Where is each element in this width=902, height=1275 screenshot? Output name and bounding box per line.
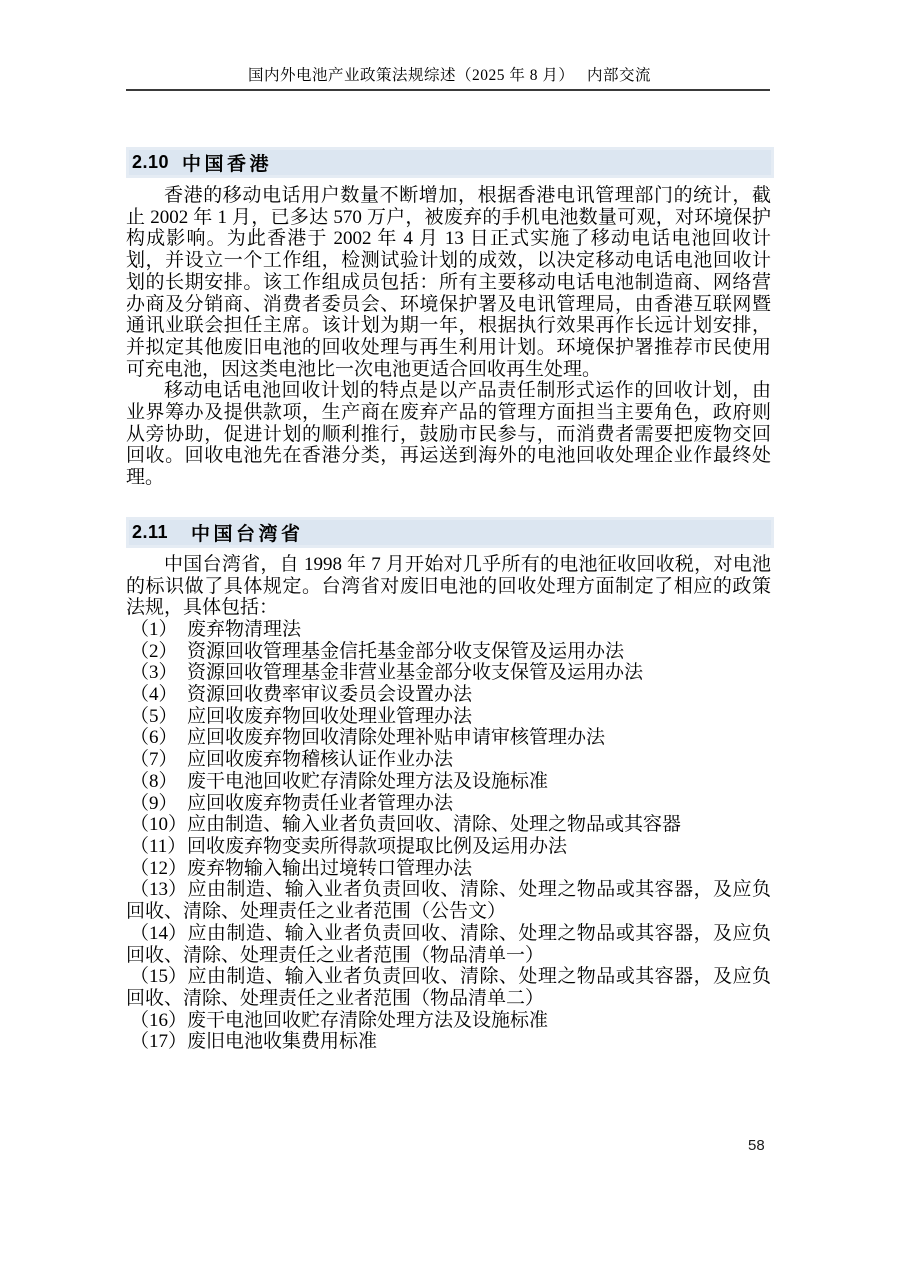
- list-item-marker: （1）: [130, 619, 187, 641]
- section-number: 2.11: [132, 522, 168, 543]
- list-item-marker: （12）: [130, 858, 187, 880]
- list-item: （16）废干电池回收贮存清除处理方法及设施标准: [126, 1010, 771, 1032]
- list-item: （4）资源回收费率审议委员会设置办法: [126, 684, 771, 706]
- section-heading-2-11: 2.11 中国台湾省: [126, 517, 774, 548]
- list-item: （11）回收废弃物变卖所得款项提取比例及运用办法: [126, 836, 771, 858]
- section-number: 2.10: [132, 152, 169, 173]
- list-item: （12）废弃物输入输出过境转口管理办法: [126, 858, 771, 880]
- list-item-marker: （6）: [130, 727, 187, 749]
- list-item-marker: （11）: [130, 836, 187, 858]
- list-item-text: 废干电池回收贮存清除处理方法及设施标准: [187, 771, 548, 792]
- list-item-marker: （5）: [130, 706, 187, 728]
- document-page: 国内外电池产业政策法规综述（2025 年 8 月） 内部交流 2.10 中国香港…: [0, 0, 902, 1275]
- list-item-text: 资源回收管理基金信托基金部分收支保管及运用办法: [187, 641, 624, 662]
- list-item: （17）废旧电池收集费用标准: [126, 1031, 771, 1053]
- section-title: 中国香港: [182, 149, 272, 176]
- list-item-text: 应由制造、输入业者负责回收、清除、处理之物品或其容器: [187, 814, 681, 835]
- section-heading-2-10: 2.10 中国香港: [126, 147, 774, 178]
- list-item-text: 资源回收费率审议委员会设置办法: [187, 684, 472, 705]
- list-item-marker: （4）: [130, 684, 187, 706]
- list-item-marker: （13）: [130, 879, 187, 901]
- list-item-marker: （3）: [130, 662, 187, 684]
- list-item: （14）应由制造、输入业者负责回收、清除、处理之物品或其容器，及应负回收、清除、…: [126, 923, 771, 966]
- list-item: （10）应由制造、输入业者负责回收、清除、处理之物品或其容器: [126, 814, 771, 836]
- regulation-list: （1）废弃物清理法 （2）资源回收管理基金信托基金部分收支保管及运用办法 （3）…: [126, 619, 771, 1053]
- list-item-marker: （16）: [130, 1010, 187, 1032]
- list-item: （9）应回收废弃物责任业者管理办法: [126, 793, 771, 815]
- list-item: （2）资源回收管理基金信托基金部分收支保管及运用办法: [126, 641, 771, 663]
- page-header-text: 国内外电池产业政策法规综述（2025 年 8 月） 内部交流: [127, 66, 772, 86]
- list-item-text: 应回收废弃物回收清除处理补贴申请审核管理办法: [187, 727, 605, 748]
- list-item-text: 废干电池回收贮存清除处理方法及设施标准: [187, 1010, 548, 1031]
- list-item: （7）应回收废弃物稽核认证作业办法: [126, 749, 771, 771]
- list-item-text: 废弃物输入输出过境转口管理办法: [187, 858, 472, 879]
- list-item-marker: （14）: [130, 923, 187, 945]
- list-item: （5）应回收废弃物回收处理业管理办法: [126, 706, 771, 728]
- list-item: （8）废干电池回收贮存清除处理方法及设施标准: [126, 771, 771, 793]
- list-item-text: 应回收废弃物稽核认证作业办法: [187, 749, 453, 770]
- list-item-text: 废弃物清理法: [187, 619, 301, 640]
- list-item-text: 应回收废弃物责任业者管理办法: [187, 793, 453, 814]
- list-item: （15）应由制造、输入业者负责回收、清除、处理之物品或其容器，及应负回收、清除、…: [126, 966, 771, 1009]
- paragraph: 移动电话电池回收计划的特点是以产品责任制形式运作的回收计划，由业界筹办及提供款项…: [126, 380, 771, 489]
- list-item: （1）废弃物清理法: [126, 619, 771, 641]
- list-item-marker: （17）: [130, 1031, 187, 1053]
- list-item-marker: （15）: [130, 966, 187, 988]
- list-item-marker: （10）: [130, 814, 187, 836]
- list-item: （3）资源回收管理基金非营业基金部分收支保管及运用办法: [126, 662, 771, 684]
- list-item-marker: （8）: [130, 771, 187, 793]
- list-item-text: 回收废弃物变卖所得款项提取比例及运用办法: [187, 836, 567, 857]
- list-item: （13）应由制造、输入业者负责回收、清除、处理之物品或其容器，及应负回收、清除、…: [126, 879, 771, 922]
- list-item-marker: （7）: [130, 749, 187, 771]
- list-item-text: 应由制造、输入业者负责回收、清除、处理之物品或其容器，及应负回收、清除、处理责任…: [126, 923, 771, 966]
- list-item-marker: （2）: [130, 641, 187, 663]
- paragraph: 中国台湾省，自 1998 年 7 月开始对几乎所有的电池征收回收税，对电池的标识…: [126, 554, 771, 619]
- list-item-text: 应由制造、输入业者负责回收、清除、处理之物品或其容器，及应负回收、清除、处理责任…: [126, 966, 771, 1009]
- header-rule: [126, 89, 770, 91]
- list-item-text: 应回收废弃物回收处理业管理办法: [187, 706, 472, 727]
- list-item-text: 废旧电池收集费用标准: [187, 1031, 377, 1052]
- list-item: （6）应回收废弃物回收清除处理补贴申请审核管理办法: [126, 727, 771, 749]
- section-title: 中国台湾省: [191, 519, 304, 546]
- page-number: 58: [748, 1137, 765, 1154]
- list-item-text: 资源回收管理基金非营业基金部分收支保管及运用办法: [187, 662, 643, 683]
- document-content: 2.10 中国香港 香港的移动电话用户数量不断增加，根据香港电讯管理部门的统计，…: [126, 147, 771, 1053]
- list-item-marker: （9）: [130, 793, 187, 815]
- list-item-text: 应由制造、输入业者负责回收、清除、处理之物品或其容器，及应负回收、清除、处理责任…: [126, 879, 771, 922]
- paragraph: 香港的移动电话用户数量不断增加，根据香港电讯管理部门的统计，截止 2002 年 …: [126, 185, 771, 380]
